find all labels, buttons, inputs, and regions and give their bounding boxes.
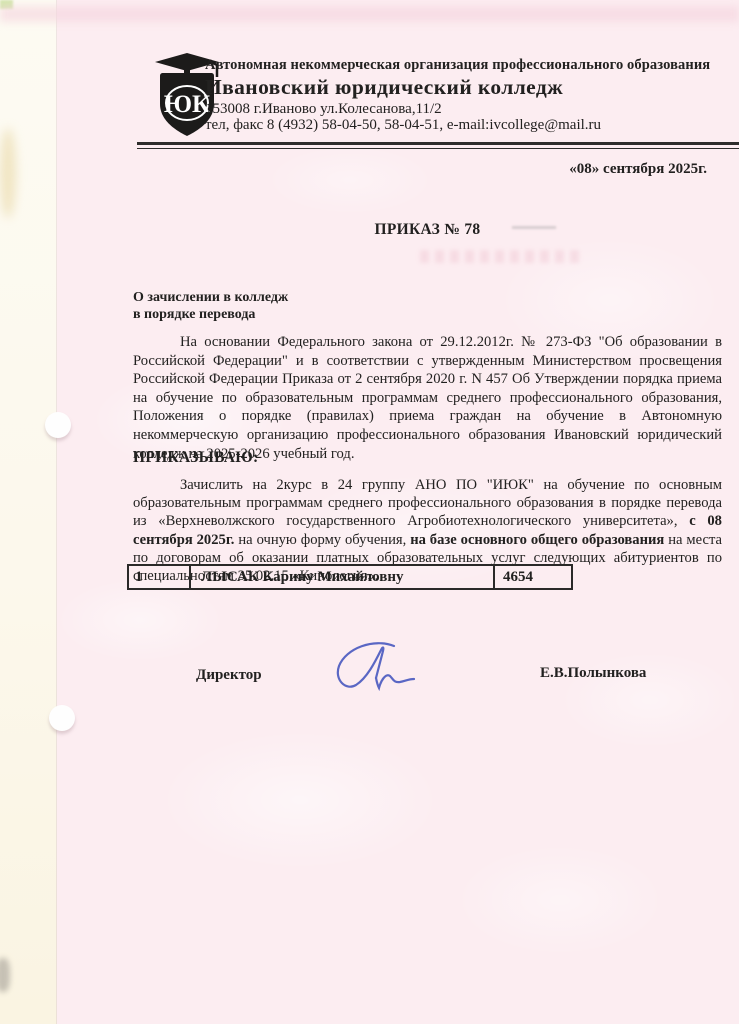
org-address: 153008 г.Иваново ул.Колесанова,11/2 [205, 101, 442, 118]
scan-top-shadow [0, 6, 739, 22]
student-code-cell: 4654 [494, 565, 572, 589]
order-text-segment: на очную форму обучения, [234, 532, 410, 548]
order-title: ПРИКАЗ № 78 [133, 221, 722, 239]
punch-hole [49, 705, 75, 731]
table-row: 1 ЛЫСАК Карину Михайловну 4654 [128, 565, 572, 589]
scan-smudge [0, 128, 16, 218]
resolution-heading: ПРИКАЗЫВАЮ: [133, 449, 259, 467]
handwritten-signature [322, 638, 442, 711]
letterhead-divider [137, 142, 739, 149]
org-name: Ивановский юридический колледж [205, 75, 563, 100]
education-base-bold: на базе основного общего образования [410, 532, 664, 548]
signer-position-label: Директор [196, 667, 262, 684]
order-date: «08» сентября 2025г. [569, 161, 707, 178]
student-name-cell: ЛЫСАК Карину Михайловну [190, 565, 494, 589]
logo-monogram: ЮК [164, 91, 210, 118]
order-subject: О зачислении в колледж в порядке перевод… [133, 289, 288, 323]
org-contacts: тел, факс 8 (4932) 58-04-50, 58-04-51, e… [205, 117, 601, 134]
legal-basis-paragraph: На основании Федерального закона от 29.1… [133, 333, 722, 463]
enrolled-students-table: 1 ЛЫСАК Карину Михайловну 4654 [127, 564, 573, 590]
signer-name: Е.В.Полынкова [540, 665, 646, 682]
scan-bleedthrough-artifact [420, 250, 580, 263]
scan-smudge [0, 958, 10, 992]
student-number-cell: 1 [128, 565, 190, 589]
punch-hole [45, 412, 71, 438]
org-type-line: Автономная некоммерческая организация пр… [205, 57, 739, 74]
scanned-order-document: ЮК Автономная некоммерческая организация… [0, 0, 739, 1024]
subject-line-2: в порядке перевода [133, 306, 288, 323]
subject-line-1: О зачислении в колледж [133, 289, 288, 306]
order-text-segment: Зачислить на 2курс в 24 группу АНО ПО "И… [133, 477, 722, 529]
